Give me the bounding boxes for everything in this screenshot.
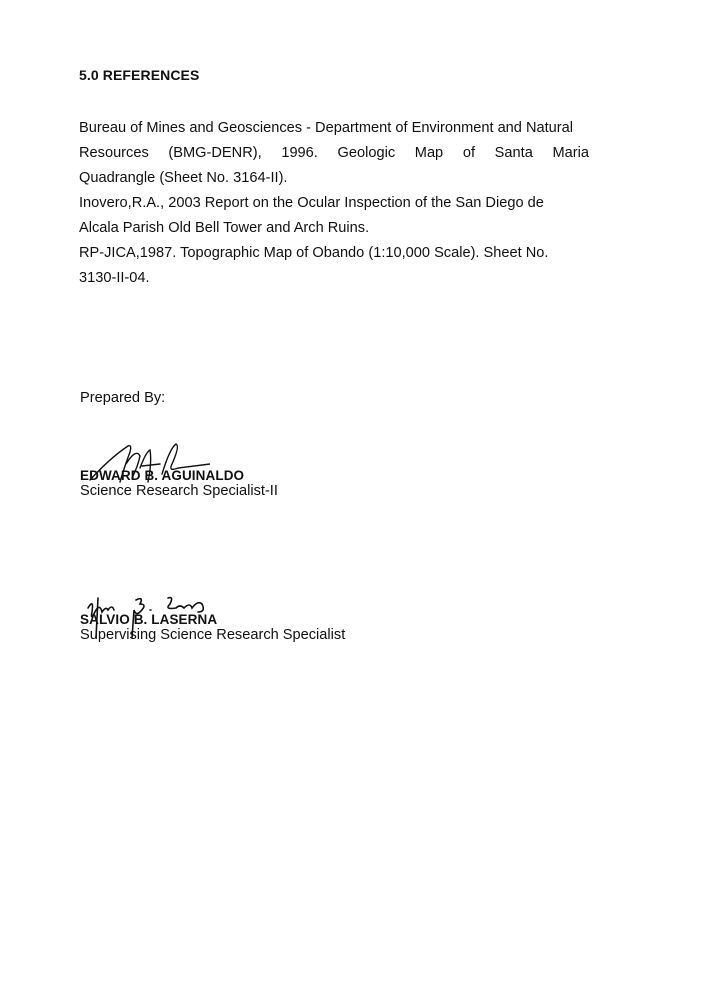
signatory-block: SALVIO B. LASERNA Supervising Science Re… [80,612,345,643]
reference-line: Quadrangle (Sheet No. 3164-II). [124,166,589,191]
reference-line: Bureau of Mines and Geosciences - Depart… [124,116,589,141]
section-heading: 5.0 REFERENCES [79,67,199,83]
signatory-name: EDWARD B. AGUINALDO [80,468,278,483]
reference-line: Inovero,R.A., 2003 Report on the Ocular … [124,191,589,216]
reference-line: RP-JICA,1987. Topographic Map of Obando … [124,241,589,266]
reference-list: Bureau of Mines and Geosciences - Depart… [79,116,589,291]
reference-line: 3130-II-04. [124,266,589,291]
signatory-block: EDWARD B. AGUINALDO Science Research Spe… [80,468,278,499]
reference-line: Resources (BMG-DENR), 1996. Geologic Map… [124,141,589,166]
reference-item: Bureau of Mines and Geosciences - Depart… [79,116,589,191]
prepared-by-label: Prepared By: [80,390,165,406]
reference-item: Inovero,R.A., 2003 Report on the Ocular … [79,191,589,241]
reference-item: RP-JICA,1987. Topographic Map of Obando … [79,241,589,291]
reference-line: Alcala Parish Old Bell Tower and Arch Ru… [124,216,589,241]
signatory-name: SALVIO B. LASERNA [80,612,345,627]
